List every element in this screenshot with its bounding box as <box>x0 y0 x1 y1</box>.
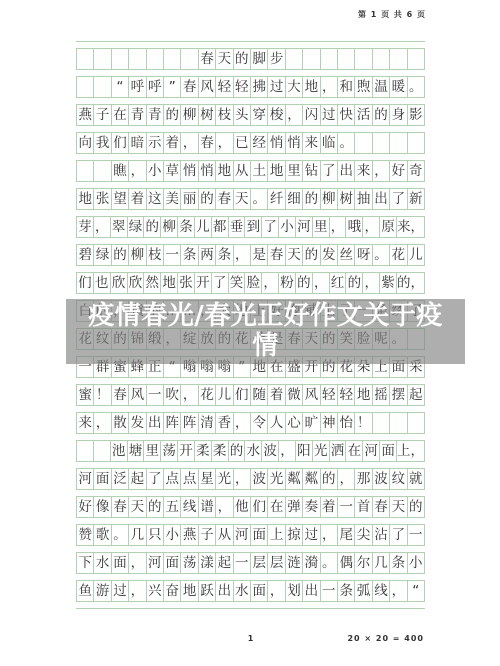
grid-cell: 小 <box>147 161 163 181</box>
grid-cell: 的 <box>373 105 389 125</box>
grid-cell: 大 <box>286 77 302 97</box>
grid-cell: 柳 <box>161 217 177 237</box>
grid-cell: 蜜 <box>77 385 93 405</box>
grid-cell: 波 <box>251 469 267 489</box>
grid-cell: 风 <box>303 385 319 405</box>
grid-cell: 摇 <box>373 385 389 405</box>
grid-cell: 开 <box>178 441 194 461</box>
grid-cell: 头 <box>234 105 250 125</box>
grid-cell: 们 <box>234 385 250 405</box>
grid-cell: 着 <box>268 385 284 405</box>
grid-cell: 春 <box>268 245 284 265</box>
grid-cell: 风 <box>129 385 145 405</box>
grid-cell: 呼 <box>129 77 145 97</box>
grid-cell: 吹 <box>164 385 180 405</box>
grid-cell: 瞧 <box>112 161 128 181</box>
grid-cell: ， <box>129 161 145 181</box>
grid-cell: 起 <box>216 553 232 573</box>
grid-cell: 。 <box>251 189 267 209</box>
essay-row: 河面泛起了点点星光，波光粼粼的，那波纹就 <box>76 468 425 490</box>
grid-cell: 。 <box>321 553 337 573</box>
grid-cell: 线 <box>181 497 197 517</box>
grid-cell: 暖 <box>390 77 406 97</box>
grid-cell: 了 <box>321 161 337 181</box>
grid-cell: 奏 <box>303 497 319 517</box>
grid-cell: 柔 <box>195 441 211 461</box>
grid-cell: 子 <box>94 105 110 125</box>
grid-cell: 美 <box>164 189 180 209</box>
grid-cell: 活 <box>355 105 371 125</box>
grid-cell: 弧 <box>355 581 371 601</box>
grid-cell: 出 <box>373 189 389 209</box>
grid-cell: 。 <box>408 77 424 97</box>
grid-cell: ， <box>181 385 197 405</box>
grid-cell: 经 <box>251 133 267 153</box>
grid-cell: 弹 <box>286 497 302 517</box>
grid-cell: 阵 <box>181 413 197 433</box>
grid-cell: 荡 <box>161 441 177 461</box>
grid-cell: 燕 <box>181 525 197 545</box>
essay-row: 碧绿的柳枝一条两条，是春天的发丝呀。花儿 <box>76 244 425 266</box>
grid-cell: 发 <box>129 413 145 433</box>
grid-cell: 面 <box>94 469 110 489</box>
grid-cell <box>164 49 180 69</box>
grid-cell: 轻 <box>338 385 354 405</box>
grid-cell: 阵 <box>164 413 180 433</box>
grid-cell: 。 <box>112 525 128 545</box>
watermark-line1: 疫情春光/春光正好作文关于疫 <box>66 301 465 331</box>
grid-cell: 绿 <box>94 245 110 265</box>
grid-cell: 拂 <box>251 77 267 97</box>
grid-cell: 光 <box>216 469 232 489</box>
grid-cell: 柳 <box>321 189 337 209</box>
grid-cell: ， <box>373 161 389 181</box>
grid-cell: 令 <box>251 413 267 433</box>
composition-page: 第 1 页 共 6 页 春天的脚步“呼呼”春风轻轻拂过大地，和煦温暖。燕子在青青… <box>0 0 500 666</box>
essay-row: 池塘里荡开柔柔的水波，阳光洒在河面上， <box>76 440 425 462</box>
grid-cell <box>77 77 93 97</box>
grid-cell: 春 <box>181 77 197 97</box>
grid-cell: 在 <box>112 105 128 125</box>
grid-cell: 首 <box>355 497 371 517</box>
grid-cell: ， <box>234 469 250 489</box>
grid-cell: 地 <box>77 189 93 209</box>
grid-cell: 地 <box>161 273 177 293</box>
grid-cell <box>373 413 389 433</box>
grid-cell: 光 <box>268 469 284 489</box>
grid-cell: 柳 <box>181 105 197 125</box>
grid-cell: 。 <box>373 245 389 265</box>
grid-cell: 的 <box>144 217 160 237</box>
grid-cell: 丽 <box>181 189 197 209</box>
grid-cell: 条 <box>216 245 232 265</box>
grid-cell: 的 <box>321 469 337 489</box>
grid-cell: 青 <box>129 105 145 125</box>
grid-cell: 和 <box>338 77 354 97</box>
grid-cell: 荡 <box>181 553 197 573</box>
grid-cell: 线 <box>373 581 389 601</box>
grid-cell: ， <box>321 525 337 545</box>
grid-cell: ， <box>279 441 295 461</box>
grid-cell: 悄 <box>268 133 284 153</box>
grid-cell <box>355 133 371 153</box>
grid-cell: 地 <box>181 581 197 601</box>
watermark-line2: 情 <box>66 331 465 361</box>
grid-cell: ， <box>216 133 232 153</box>
grid-cell: 赞 <box>77 525 93 545</box>
grid-cell: 新 <box>408 189 424 209</box>
grid-cell: 青 <box>147 105 163 125</box>
grid-cell: 小 <box>408 553 424 573</box>
grid-cell: 紫 <box>380 273 396 293</box>
grid-cell: 已 <box>234 133 250 153</box>
grid-cell: 散 <box>112 413 128 433</box>
grid-cell: 脚 <box>251 49 267 69</box>
grid-cell: 草 <box>164 161 180 181</box>
grid-cell: 河 <box>77 469 93 489</box>
grid-cell: 起 <box>408 385 424 405</box>
grid-cell <box>321 49 337 69</box>
grid-cell: 那 <box>355 469 371 489</box>
grid-cell: 的 <box>147 497 163 517</box>
grid-cell: 点 <box>181 469 197 489</box>
grid-cell: ， <box>94 413 110 433</box>
grid-cell: 层 <box>251 553 267 573</box>
grid-cell: 春 <box>199 133 215 153</box>
grid-cell: 是 <box>251 245 267 265</box>
grid-cell: ！ <box>355 413 371 433</box>
grid-cell: 树 <box>199 105 215 125</box>
grid-cell: 粼 <box>303 469 319 489</box>
grid-cell: 出 <box>147 413 163 433</box>
grid-cell: 像 <box>94 497 110 517</box>
grid-cell: 星 <box>199 469 215 489</box>
grid-cell: 春 <box>216 189 232 209</box>
grid-cell: 枝 <box>147 245 163 265</box>
grid-cell: 阳 <box>296 441 312 461</box>
grid-cell: 身 <box>390 105 406 125</box>
grid-cell: 里 <box>144 441 160 461</box>
grid-cell: 天 <box>129 497 145 517</box>
grid-cell: 翠 <box>111 217 127 237</box>
grid-cell <box>355 49 371 69</box>
grid-cell: 层 <box>268 553 284 573</box>
grid-cell <box>94 77 110 97</box>
grid-cell: 跃 <box>199 581 215 601</box>
grid-cell: 丝 <box>338 245 354 265</box>
grid-cell: 一 <box>234 553 250 573</box>
grid-cell: 下 <box>77 553 93 573</box>
grid-cell: 两 <box>199 245 215 265</box>
grid-cell: 临 <box>321 133 337 153</box>
essay-row: 来，散发出阵阵清香，令人心旷神怡！ <box>76 412 425 434</box>
grid-cell: 水 <box>245 441 261 461</box>
grid-cell: 们 <box>112 133 128 153</box>
grid-cell: 过 <box>112 581 128 601</box>
grid-cell: 快 <box>338 105 354 125</box>
grid-cell: 摆 <box>390 385 406 405</box>
grid-cell: 天 <box>390 497 406 517</box>
grid-cell: 谱 <box>199 497 215 517</box>
grid-cell: 在 <box>346 441 362 461</box>
grid-cell: 的 <box>199 189 215 209</box>
grid-cell: 着 <box>129 189 145 209</box>
grid-cell: 一 <box>147 385 163 405</box>
grid-cell: 偶 <box>338 553 354 573</box>
grid-cell: 了 <box>262 217 278 237</box>
grid-cell: 张 <box>178 273 194 293</box>
grid-cell: 步 <box>268 49 284 69</box>
grid-cell: 们 <box>77 273 93 293</box>
grid-cell: 来 <box>77 413 93 433</box>
grid-cell: 尖 <box>355 525 371 545</box>
grid-cell: 地 <box>268 161 284 181</box>
grid-cell: 笑 <box>229 273 245 293</box>
grid-cell: 们 <box>251 497 267 517</box>
essay-row: 向我们暗示着，春，已经悄悄来临。 <box>76 132 425 154</box>
grid-cell: 出 <box>303 581 319 601</box>
grid-cell: 柳 <box>129 245 145 265</box>
grid-cell: 奇 <box>408 161 424 181</box>
grid-cell: 几 <box>373 553 389 573</box>
grid-cell: 小 <box>164 525 180 545</box>
grid-cell: ， <box>338 469 354 489</box>
grid-cell: 清 <box>199 413 215 433</box>
grid-cell: 儿 <box>408 245 424 265</box>
grid-cell: ， <box>181 133 197 153</box>
grid-cell: 着 <box>321 497 337 517</box>
watermark-overlay: 疫情春光/春光正好作文关于疫 情 <box>66 299 465 364</box>
grid-cell: ” <box>164 77 180 97</box>
grid-cell: 面 <box>251 581 267 601</box>
grid-cell: 温 <box>373 77 389 97</box>
grid-cell: 春 <box>112 385 128 405</box>
grid-cell: 的 <box>408 497 424 517</box>
grid-cell: 煦 <box>355 77 371 97</box>
grid-cell: 就 <box>408 469 424 489</box>
grid-cell: 风 <box>199 77 215 97</box>
grid-cell: 悄 <box>199 161 215 181</box>
grid-cell: 春 <box>112 497 128 517</box>
grid-cell: 脸 <box>245 273 261 293</box>
grid-cell <box>77 49 93 69</box>
grid-cell: 欣 <box>111 273 127 293</box>
grid-cell <box>94 49 110 69</box>
grid-cell: 洒 <box>330 441 346 461</box>
grid-cell: 里 <box>313 217 329 237</box>
grid-cell: 树 <box>338 189 354 209</box>
grid-cell: 鱼 <box>77 581 93 601</box>
grid-cell: 的 <box>229 441 245 461</box>
grid-cell <box>373 133 389 153</box>
grid-cell: 向 <box>77 133 93 153</box>
grid-cell: 的 <box>346 273 362 293</box>
grid-cell: 抽 <box>355 189 371 209</box>
grid-cell: 的 <box>303 189 319 209</box>
grid-cell: 穿 <box>251 105 267 125</box>
grid-cell <box>286 49 302 69</box>
grid-cell: 条 <box>390 553 406 573</box>
grid-cell: 一 <box>164 245 180 265</box>
grid-cell: 闪 <box>303 105 319 125</box>
grid-cell: 都 <box>212 217 228 237</box>
grid-cell: 沾 <box>373 525 389 545</box>
essay-row: 地张望着这美丽的春天。纤细的柳树抽出了新 <box>76 188 425 210</box>
grid-cell: 哦 <box>346 217 362 237</box>
grid-cell: 神 <box>321 413 337 433</box>
row-gap-strip <box>76 602 425 609</box>
grid-cell: 池 <box>111 441 127 461</box>
grid-cell: 从 <box>234 161 250 181</box>
grid-cell: 示 <box>147 133 163 153</box>
grid-cell: 发 <box>321 245 337 265</box>
grid-cell: 地 <box>216 161 232 181</box>
grid-cell: 波 <box>262 441 278 461</box>
grid-cell: 的 <box>234 49 250 69</box>
grid-cell: 暗 <box>129 133 145 153</box>
grid-cell <box>77 161 93 181</box>
grid-cell: 天 <box>216 49 232 69</box>
grid-cell: 游 <box>94 581 110 601</box>
grid-cell: 的 <box>112 245 128 265</box>
grid-cell: 好 <box>390 161 406 181</box>
grid-cell <box>338 49 354 69</box>
grid-cell <box>390 49 406 69</box>
grid-cell: ， <box>268 581 284 601</box>
grid-cell: 望 <box>112 189 128 209</box>
grid-cell: 地 <box>303 77 319 97</box>
grid-cell: 轻 <box>321 385 337 405</box>
grid-cell: 的， <box>397 273 424 293</box>
grid-cell: 河 <box>147 553 163 573</box>
grid-cell: 兴 <box>147 581 163 601</box>
essay-title-row: 春天的脚步 <box>76 48 425 70</box>
grid-cell: 原 <box>380 217 396 237</box>
grid-cell: 纤 <box>268 189 284 209</box>
grid-cell: 纹 <box>390 469 406 489</box>
grid-cell <box>408 49 424 69</box>
grid-cell: 在 <box>268 497 284 517</box>
grid-cell: 面 <box>251 525 267 545</box>
grid-cell: 开 <box>195 273 211 293</box>
grid-cell: 也 <box>94 273 110 293</box>
grid-cell: 出 <box>338 161 354 181</box>
grid-cell: 河 <box>363 441 379 461</box>
grid-cell: 地 <box>355 385 371 405</box>
grid-cell: 梭 <box>268 105 284 125</box>
grid-cell <box>181 49 197 69</box>
grid-cell: 水 <box>94 553 110 573</box>
grid-cell: 土 <box>251 161 267 181</box>
grid-cell: 一 <box>338 497 354 517</box>
grid-cell: 过 <box>321 105 337 125</box>
grid-cell: 好 <box>77 497 93 517</box>
grid-cell: 河 <box>234 525 250 545</box>
grid-cell: ， <box>94 217 110 237</box>
grid-cell: 漾 <box>199 553 215 573</box>
grid-cell: ， <box>286 105 302 125</box>
grid-cell: 垂 <box>229 217 245 237</box>
grid-cell: 轻 <box>234 77 250 97</box>
essay-row: 蜜！春风一吹，花儿们随着微风轻轻地摇摆起 <box>76 384 425 406</box>
grid-cell: 里 <box>286 161 302 181</box>
grid-cell: 面 <box>164 553 180 573</box>
grid-cell: ， <box>216 497 232 517</box>
grid-cell: 呀 <box>355 245 371 265</box>
essay-row: 们也欣欣然地张开了笑脸，粉的，红的，紫的， <box>76 272 425 294</box>
grid-cell: 香 <box>216 413 232 433</box>
grid-cell: 影 <box>408 105 424 125</box>
grid-cell: 一 <box>321 581 337 601</box>
grid-cell: 随 <box>251 385 267 405</box>
grid-cell: ， <box>262 273 278 293</box>
grid-cell: 我 <box>94 133 110 153</box>
grid-cell: 尾 <box>338 525 354 545</box>
grid-cell: 漪 <box>303 553 319 573</box>
grid-cell <box>408 413 424 433</box>
grid-cell: 奋 <box>164 581 180 601</box>
grid-cell: 儿 <box>195 217 211 237</box>
grid-cell: 起 <box>129 469 145 489</box>
grid-cell: 掠 <box>286 525 302 545</box>
grid-cell: 划 <box>286 581 302 601</box>
grid-cell: “ <box>112 77 128 97</box>
grid-cell <box>390 413 406 433</box>
grid-cell: 张 <box>94 189 110 209</box>
grid-cell: ， <box>363 217 379 237</box>
grid-cell: 从 <box>216 525 232 545</box>
grid-spec-label: 20 × 20 = 400 <box>347 634 424 643</box>
essay-row: 燕子在青青的柳树枝头穿梭，闪过快活的身影 <box>76 104 425 126</box>
grid-cell: 来 <box>303 133 319 153</box>
grid-cell: ， <box>321 77 337 97</box>
grid-cell: 的 <box>164 105 180 125</box>
grid-cell <box>94 441 110 461</box>
grid-cell: 绿 <box>128 217 144 237</box>
grid-cell: 几 <box>129 525 145 545</box>
grid-cell <box>373 49 389 69</box>
grid-cell: 微 <box>286 385 302 405</box>
grid-cell: 一 <box>408 525 424 545</box>
grid-cell: 芽 <box>77 217 93 237</box>
grid-cell: 的 <box>296 273 312 293</box>
grid-cell: 到 <box>245 217 261 237</box>
grid-cell: 条 <box>338 581 354 601</box>
grid-cell: 枝 <box>216 105 232 125</box>
grid-cell: 人 <box>268 413 284 433</box>
grid-cell: 条 <box>178 217 194 237</box>
grid-cell: 上 <box>268 525 284 545</box>
grid-cell: 了 <box>212 273 228 293</box>
grid-cell: 粼 <box>286 469 302 489</box>
grid-cell: 红 <box>330 273 346 293</box>
grid-cell: ！ <box>94 385 110 405</box>
grid-cell: 来， <box>397 217 424 237</box>
grid-cell: 波 <box>373 469 389 489</box>
grid-cell: 点 <box>164 469 180 489</box>
grid-cell: ， <box>390 581 406 601</box>
grid-cell: ， <box>129 553 145 573</box>
grid-cell <box>390 133 406 153</box>
grid-cell: 的 <box>303 245 319 265</box>
grid-cell: 歌 <box>94 525 110 545</box>
row-gap-strip <box>76 41 425 48</box>
grid-cell: 五 <box>164 497 180 517</box>
grid-cell <box>112 49 128 69</box>
grid-cell: 悄 <box>286 133 302 153</box>
grid-cell: 面 <box>112 553 128 573</box>
grid-cell: 。 <box>338 133 354 153</box>
